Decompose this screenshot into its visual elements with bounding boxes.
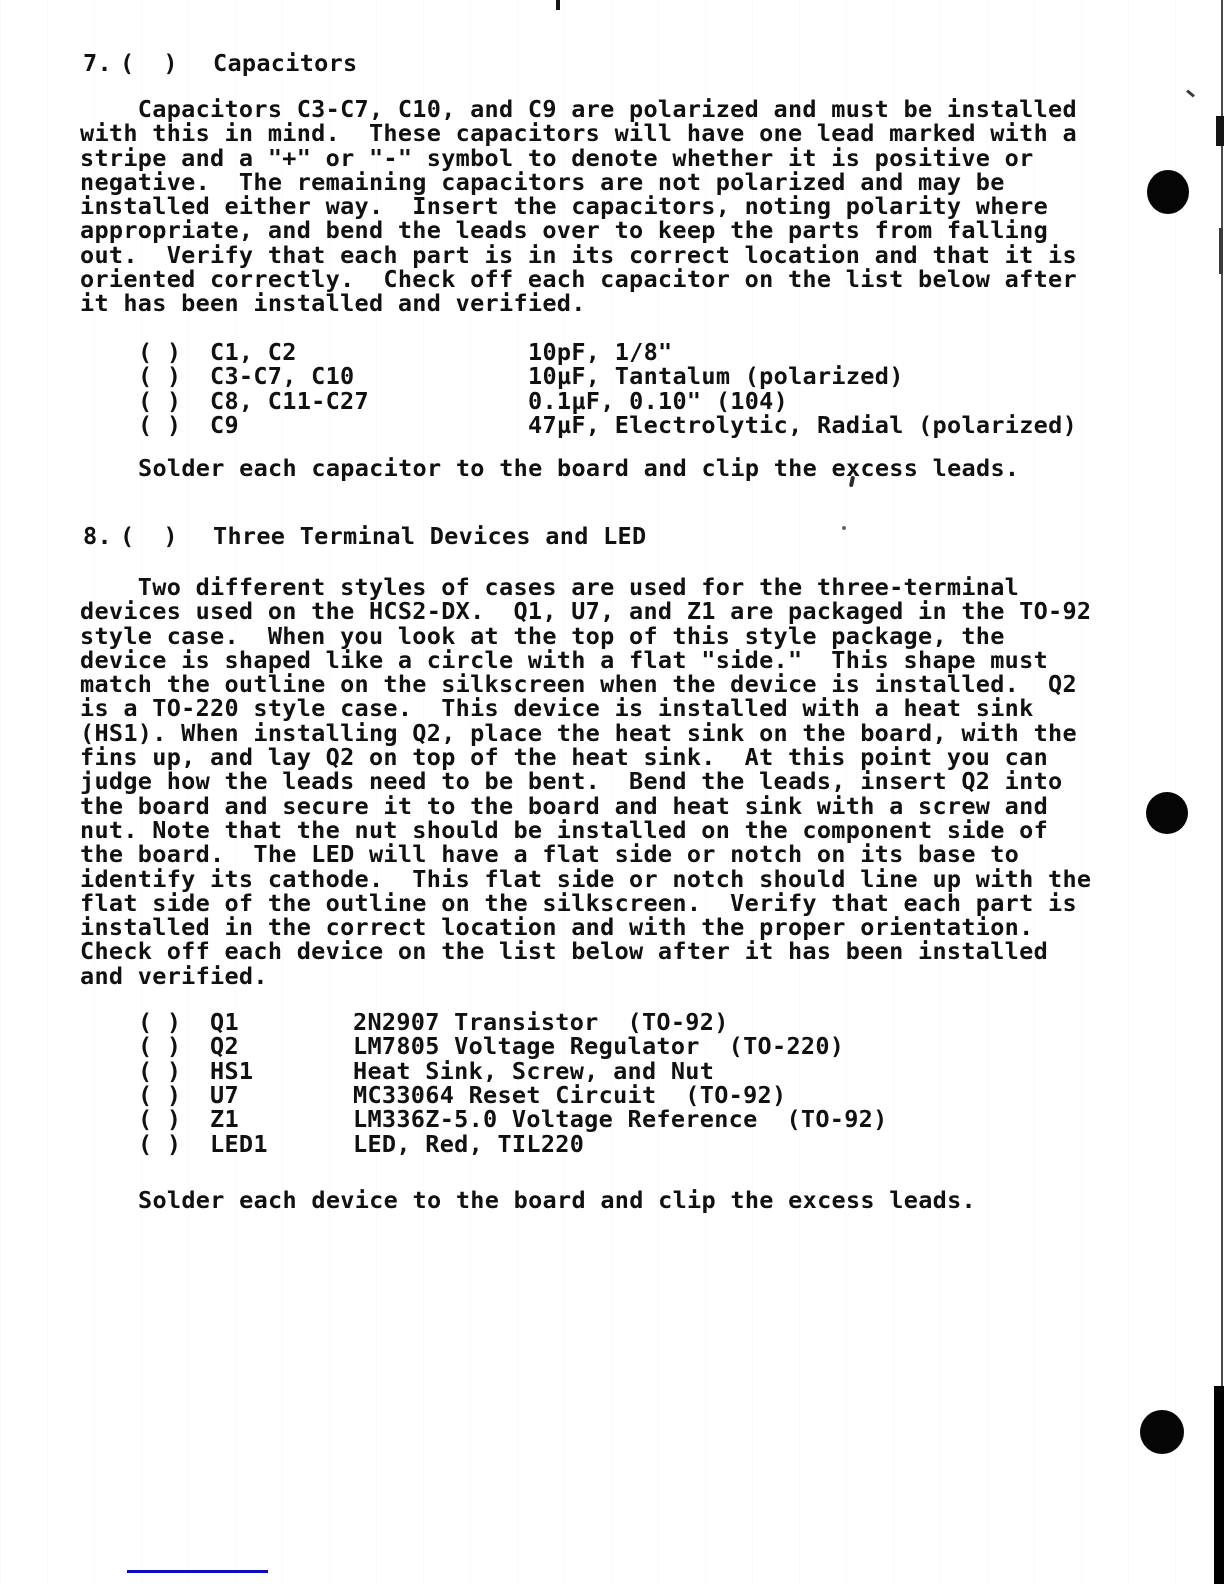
scanned-document-page: 7. ( ) Capacitors Capacitors C3-C7, C10,… xyxy=(0,0,1224,1584)
punch-dot xyxy=(1140,1410,1184,1454)
checkbox-mark: ( ) xyxy=(138,1107,181,1131)
part-desc: Heat Sink, Screw, and Nut xyxy=(353,1059,714,1083)
part-desc: 2N2907 Transistor (TO-92) xyxy=(353,1010,729,1034)
section-7-title: Capacitors xyxy=(213,51,357,75)
part-desc: LM7805 Voltage Regulator (TO-220) xyxy=(353,1034,844,1058)
scan-artifact xyxy=(1219,228,1223,274)
section-7-heading: 7. ( ) Capacitors xyxy=(0,51,1224,77)
part-ref: Q2 xyxy=(210,1034,239,1058)
part-desc: 0.1µF, 0.10" (104) xyxy=(528,389,788,413)
section-8-number: 8. xyxy=(83,524,112,548)
checklist-row: ( ) C3-C7, C10 10µF, Tantalum (polarized… xyxy=(0,364,1224,388)
section-8-checkbox-mark: ( ) xyxy=(120,524,178,548)
part-ref: U7 xyxy=(210,1083,239,1107)
checklist-row: ( ) Q1 2N2907 Transistor (TO-92) xyxy=(0,1010,1224,1034)
section-8-title: Three Terminal Devices and LED xyxy=(213,524,646,548)
checkbox-mark: ( ) xyxy=(138,389,181,413)
section-7-solder-instruction: Solder each capacitor to the board and c… xyxy=(138,456,1019,480)
part-desc: LED, Red, TIL220 xyxy=(353,1132,584,1156)
part-ref: C9 xyxy=(210,413,239,437)
scan-artifact xyxy=(1214,1386,1224,1584)
punch-dot xyxy=(1147,170,1189,214)
checklist-row: ( ) Z1 LM336Z-5.0 Voltage Reference (TO-… xyxy=(0,1107,1224,1131)
checkbox-mark: ( ) xyxy=(138,1083,181,1107)
part-ref: Z1 xyxy=(210,1107,239,1131)
section-7-number: 7. xyxy=(83,51,112,75)
part-desc: 10µF, Tantalum (polarized) xyxy=(528,364,904,388)
part-desc: 10pF, 1/8" xyxy=(528,340,672,364)
checkbox-mark: ( ) xyxy=(138,1059,181,1083)
section-7-checkbox-mark: ( ) xyxy=(120,51,178,75)
checklist-row: ( ) U7 MC33064 Reset Circuit (TO-92) xyxy=(0,1083,1224,1107)
part-ref: C1, C2 xyxy=(210,340,297,364)
part-desc: LM336Z-5.0 Voltage Reference (TO-92) xyxy=(353,1107,888,1131)
checklist-row: ( ) Q2 LM7805 Voltage Regulator (TO-220) xyxy=(0,1034,1224,1058)
section-7-paragraph: Capacitors C3-C7, C10, and C9 are polari… xyxy=(80,97,1077,316)
checklist-row: ( ) HS1 Heat Sink, Screw, and Nut xyxy=(0,1059,1224,1083)
part-desc: MC33064 Reset Circuit (TO-92) xyxy=(353,1083,786,1107)
checkbox-mark: ( ) xyxy=(138,413,181,437)
part-ref: Q1 xyxy=(210,1010,239,1034)
punch-dot xyxy=(1146,792,1188,834)
checkbox-mark: ( ) xyxy=(138,340,181,364)
scan-artifact xyxy=(842,526,846,530)
part-ref: HS1 xyxy=(210,1059,253,1083)
part-ref: C3-C7, C10 xyxy=(210,364,354,388)
checkbox-mark: ( ) xyxy=(138,1010,181,1034)
section-8-solder-instruction: Solder each device to the board and clip… xyxy=(138,1188,976,1212)
checklist-row: ( ) C1, C2 10pF, 1/8" xyxy=(0,340,1224,364)
footer-blue-line xyxy=(127,1570,268,1573)
part-ref: C8, C11-C27 xyxy=(210,389,369,413)
scan-artifact xyxy=(556,0,560,10)
checkbox-mark: ( ) xyxy=(138,1132,181,1156)
checkbox-mark: ( ) xyxy=(138,364,181,388)
scan-artifact xyxy=(1216,116,1224,146)
part-ref: LED1 xyxy=(210,1132,268,1156)
checklist-row: ( ) C9 47µF, Electrolytic, Radial (polar… xyxy=(0,413,1224,437)
scan-artifact xyxy=(1186,89,1195,97)
checkbox-mark: ( ) xyxy=(138,1034,181,1058)
part-desc: 47µF, Electrolytic, Radial (polarized) xyxy=(528,413,1077,437)
checklist-row: ( ) LED1 LED, Red, TIL220 xyxy=(0,1132,1224,1156)
section-8-heading: 8. ( ) Three Terminal Devices and LED xyxy=(0,524,1224,550)
section-8-paragraph: Two different styles of cases are used f… xyxy=(80,575,1091,988)
checklist-row: ( ) C8, C11-C27 0.1µF, 0.10" (104) xyxy=(0,389,1224,413)
